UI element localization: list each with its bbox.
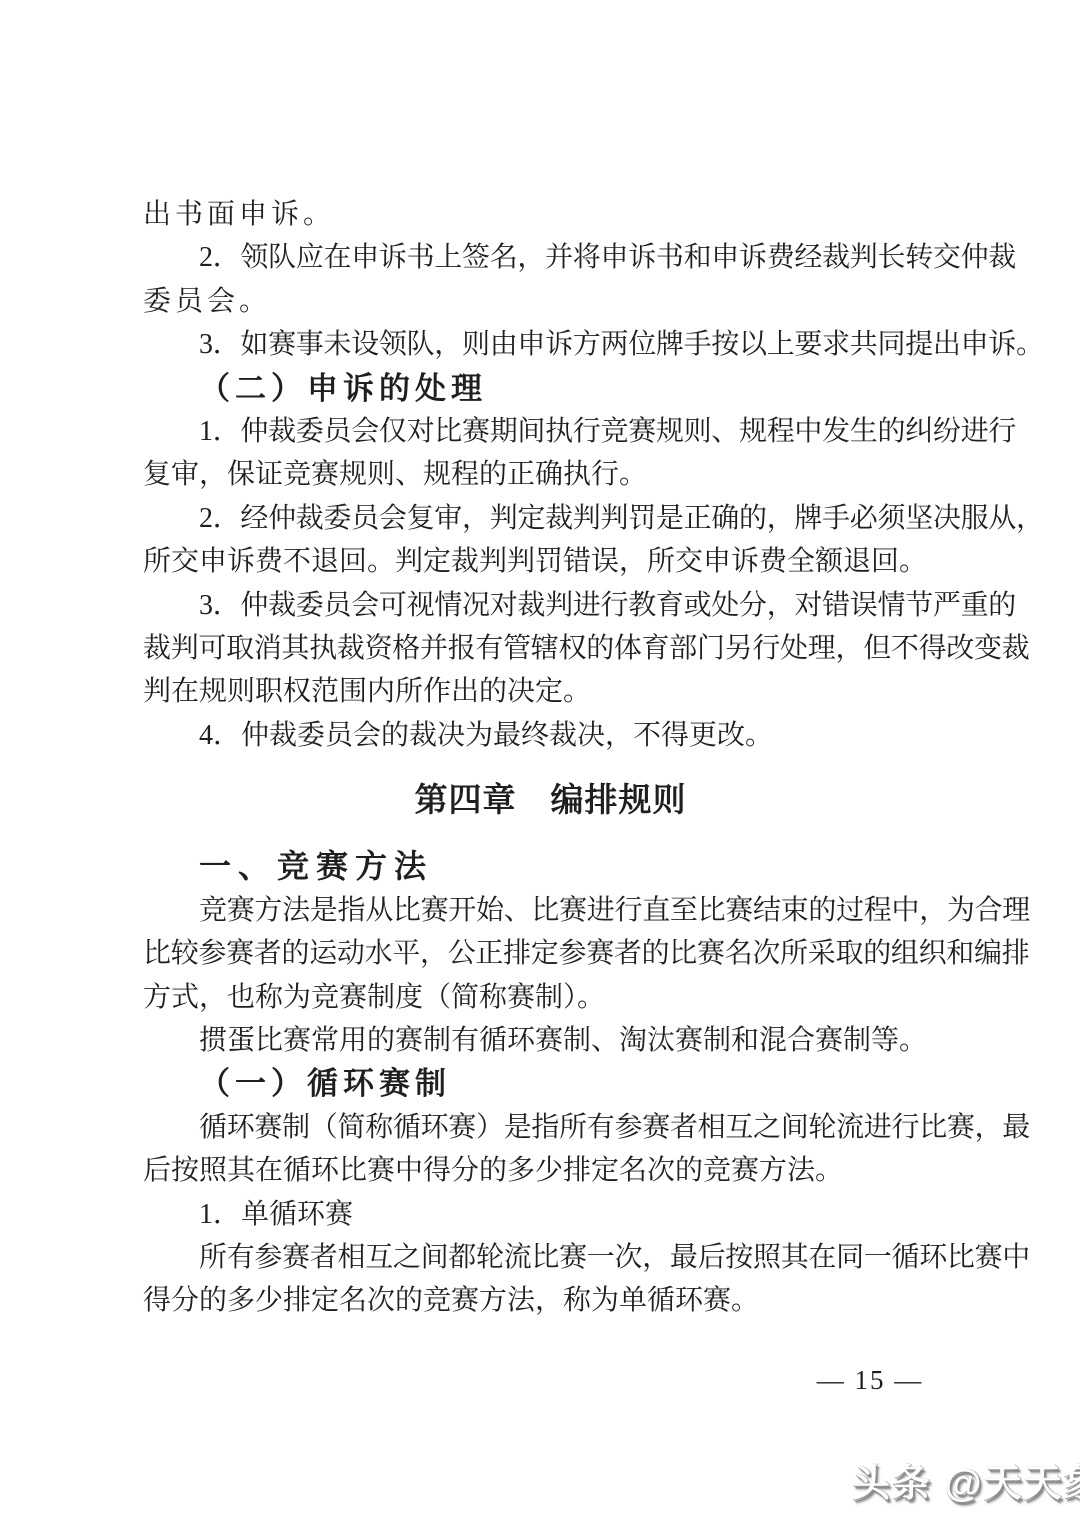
text-line: 判在规则职权范围内所作出的决定。 — [143, 670, 958, 713]
chapter-title: 第四章 编排规则 — [143, 778, 958, 821]
watermark: 头条 @天天象棋 — [852, 1462, 1080, 1506]
text-line: 循环赛制（简称循环赛）是指所有参赛者相互之间轮流进行比赛，最 — [143, 1106, 958, 1149]
text-line: 1．单循环赛 — [143, 1193, 958, 1236]
text-line: 2．经仲裁委员会复审，判定裁判判罚是正确的，牌手必须坚决服从， — [143, 497, 958, 540]
text-line: 竞赛方法是指从比赛开始、比赛进行直至比赛结束的过程中，为合理 — [143, 889, 958, 932]
text-line: 复审，保证竞赛规则、规程的正确执行。 — [143, 453, 958, 496]
text-line: 后按照其在循环比赛中得分的多少排定名次的竞赛方法。 — [143, 1149, 958, 1192]
document-body: 出书面申诉。2．领队应在申诉书上签名，并将申诉书和申诉费经裁判长转交仲裁委员会。… — [143, 193, 958, 1323]
subsection-heading: （一）循环赛制 — [143, 1062, 958, 1105]
text-line: 所交申诉费不退回。判定裁判判罚错误，所交申诉费全额退回。 — [143, 540, 958, 583]
text-line: 得分的多少排定名次的竞赛方法，称为单循环赛。 — [143, 1279, 958, 1322]
text-line: 1．仲裁委员会仅对比赛期间执行竞赛规则、规程中发生的纠纷进行 — [143, 410, 958, 453]
text-line: 2．领队应在申诉书上签名，并将申诉书和申诉费经裁判长转交仲裁 — [143, 236, 958, 279]
section-heading: 一、竞赛方法 — [143, 845, 958, 888]
text-line: 比较参赛者的运动水平，公正排定参赛者的比赛名次所采取的组织和编排 — [143, 932, 958, 975]
text-line: 所有参赛者相互之间都轮流比赛一次，最后按照其在同一循环比赛中 — [143, 1236, 958, 1279]
page-number: — 15 — — [770, 1363, 970, 1397]
text-line: 裁判可取消其执裁资格并报有管辖权的体育部门另行处理，但不得改变裁 — [143, 627, 958, 670]
text-line: 4．仲裁委员会的裁决为最终裁决，不得更改。 — [143, 714, 958, 757]
text-line: 3．如赛事未设领队，则由申诉方两位牌手按以上要求共同提出申诉。 — [143, 323, 958, 366]
subsection-heading: （二）申诉的处理 — [143, 367, 958, 410]
text-line: 委员会。 — [143, 280, 958, 323]
text-line: 掼蛋比赛常用的赛制有循环赛制、淘汰赛制和混合赛制等。 — [143, 1019, 958, 1062]
text-line: 方式，也称为竞赛制度（简称赛制）。 — [143, 976, 958, 1019]
text-line: 3．仲裁委员会可视情况对裁判进行教育或处分，对错误情节严重的 — [143, 584, 958, 627]
text-line: 出书面申诉。 — [143, 193, 958, 236]
document-page: 出书面申诉。2．领队应在申诉书上签名，并将申诉书和申诉费经裁判长转交仲裁委员会。… — [0, 0, 1080, 1526]
